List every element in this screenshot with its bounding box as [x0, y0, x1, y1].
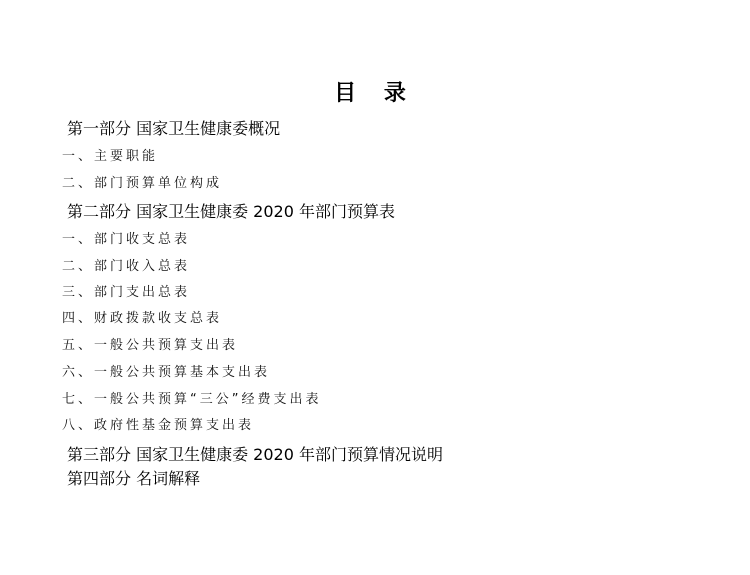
part-1-item-2[interactable]: 二、部门预算单位构成 [62, 172, 222, 191]
part-2-item-6[interactable]: 六、一般公共预算基本支出表 [62, 361, 270, 380]
part-3-heading[interactable]: 第三部分 国家卫生健康委 2020 年部门预算情况说明 [67, 442, 443, 465]
part-2-item-5[interactable]: 五、一般公共预算支出表 [62, 334, 238, 353]
part-1-item-1[interactable]: 一、主要职能 [62, 145, 158, 164]
part-2-item-2[interactable]: 二、部门收入总表 [62, 255, 190, 274]
part-2-heading[interactable]: 第二部分 国家卫生健康委 2020 年部门预算表 [67, 199, 395, 222]
part-1-heading[interactable]: 第一部分 国家卫生健康委概况 [67, 116, 280, 139]
toc-title: 目 录 [0, 76, 750, 107]
part-2-item-4[interactable]: 四、财政拨款收支总表 [62, 307, 222, 326]
part-2-item-1[interactable]: 一、部门收支总表 [62, 228, 190, 247]
part-2-item-3[interactable]: 三、部门支出总表 [62, 281, 190, 300]
part-2-item-7[interactable]: 七、一般公共预算“三公”经费支出表 [62, 388, 321, 407]
part-2-item-8[interactable]: 八、政府性基金预算支出表 [62, 414, 254, 433]
part-4-heading[interactable]: 第四部分 名词解释 [67, 466, 200, 489]
